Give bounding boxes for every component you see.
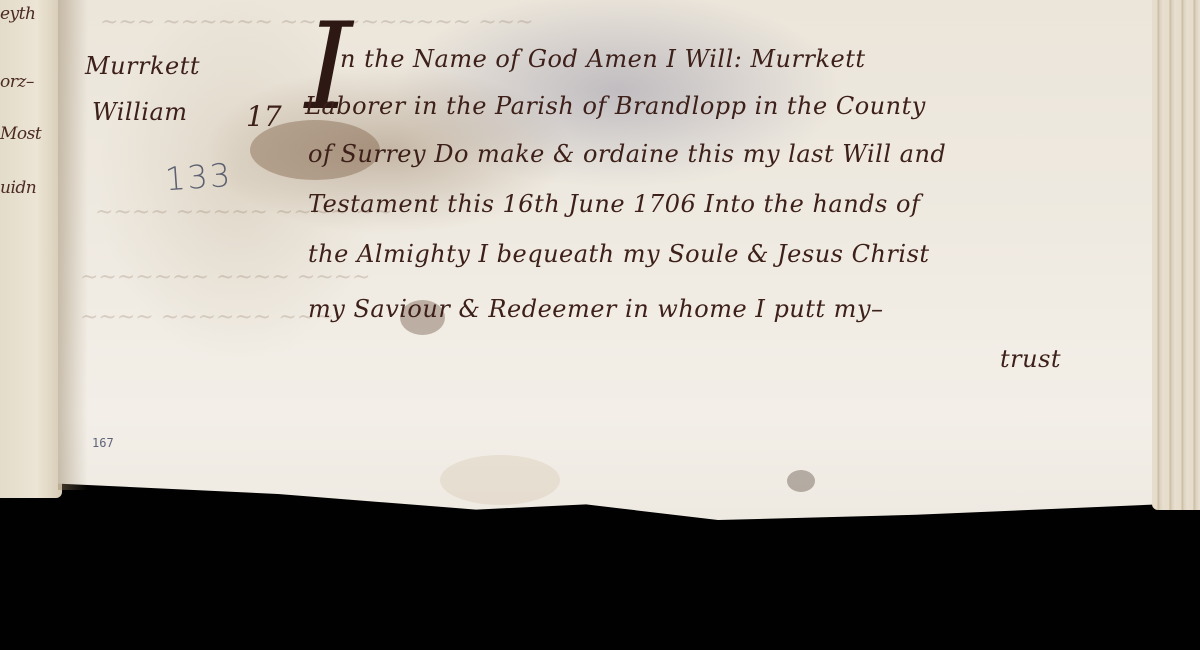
- will-line-2: Laborer in the Parish of Brandlopp in th…: [305, 92, 926, 120]
- margin-year: 17: [246, 100, 282, 133]
- bleed-through-text: ~~~~~~~ ~~~~ ~~~~: [80, 265, 371, 290]
- will-line-4: Testament this 16th June 1706 Into the h…: [308, 190, 920, 218]
- paper-damage: [787, 470, 815, 492]
- will-line-3: of Surrey Do make & ordaine this my last…: [308, 140, 946, 168]
- will-line-7: trust: [1000, 345, 1061, 373]
- gutter-shadow: [58, 0, 88, 490]
- pencil-folio-number: 133: [164, 156, 234, 199]
- will-line-5: the Almighty I bequeath my Soule & Jesus…: [308, 240, 930, 268]
- left-fragment: eyth: [0, 4, 35, 24]
- will-line-6: my Saviour & Redeemer in whome I putt my…: [308, 295, 884, 323]
- page-stamp-number: 167: [92, 436, 114, 450]
- manuscript-photo: eyth orz– Most uidn ~~~ ~~~~~~ ~~~ ~~~~~…: [0, 0, 1200, 650]
- left-fragment: orz–: [0, 72, 34, 92]
- page-edges: [1152, 0, 1200, 510]
- left-fragment: Most: [0, 124, 41, 144]
- left-fragment: uidn: [0, 178, 36, 198]
- margin-surname: Murrkett: [85, 52, 200, 80]
- water-stain: [440, 455, 560, 505]
- margin-forename: William: [92, 98, 188, 126]
- will-line-1: n the Name of God Amen I Will: Murrkett: [340, 45, 865, 73]
- bleed-through-text: ~~~~ ~~~~~~ ~~~: [80, 305, 334, 330]
- left-page-edge: eyth orz– Most uidn: [0, 0, 62, 498]
